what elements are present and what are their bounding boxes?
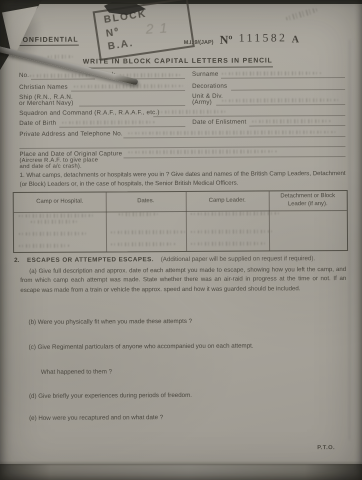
field-enlistment-label: Date of Enlistment bbox=[192, 120, 246, 127]
pencil-scrawl bbox=[118, 212, 158, 216]
question-2b: (b) Were you physically fit when you mad… bbox=[28, 318, 192, 326]
field-address-label: Private Address and Telephone No. bbox=[19, 131, 123, 138]
form-content: CONFIDENTIAL BLOCK Nº B.A. 21 M.I. 9/(JA… bbox=[0, 0, 362, 480]
field-line bbox=[19, 146, 345, 149]
section-2-number: 2. bbox=[14, 257, 19, 264]
field-line bbox=[79, 105, 185, 107]
field-decorations-label: Decorations bbox=[192, 84, 227, 90]
table-header-detachment: Detachment or Block Leader (if any). bbox=[269, 191, 347, 210]
question-2c: (c) Give Regimental particulars of anyon… bbox=[29, 343, 254, 351]
table-header-dates: Dates. bbox=[106, 192, 186, 211]
pencil-scrawl bbox=[73, 84, 183, 89]
question-2d: (d) Give briefly your experiences during… bbox=[29, 392, 192, 400]
field-line bbox=[59, 126, 185, 128]
pencil-scrawl bbox=[221, 71, 321, 76]
handwritten-block-number: 21 bbox=[145, 19, 173, 37]
field-line bbox=[216, 104, 345, 106]
photographed-document: CONFIDENTIAL BLOCK Nº B.A. 21 M.I. 9/(JA… bbox=[0, 0, 362, 480]
serial-number: 111582 bbox=[239, 32, 288, 44]
field-line bbox=[221, 77, 345, 79]
field-dob-label: Date of Birth bbox=[19, 121, 56, 127]
field-line bbox=[123, 136, 345, 138]
form-reference: M.I. 9/(JAP) bbox=[184, 40, 214, 46]
field-line bbox=[123, 156, 345, 158]
pencil-scrawl bbox=[221, 98, 339, 103]
serial-no-symbol: Nº bbox=[220, 33, 233, 48]
field-line bbox=[153, 115, 345, 117]
field-ship-label-line2: or Merchant Navy) bbox=[19, 101, 73, 108]
pencil-scrawl bbox=[29, 74, 91, 78]
question-1: 1. What camps, detachments or hospitals … bbox=[20, 169, 346, 189]
series-letter: A bbox=[292, 34, 299, 45]
question-2a: (a) Give full description and approx. da… bbox=[20, 265, 346, 295]
field-no-label: No. bbox=[19, 73, 29, 79]
table-header-camp: Camp or Hospital. bbox=[14, 192, 106, 212]
section-2-title: ESCAPES OR ATTEMPTED ESCAPES. bbox=[27, 256, 154, 264]
pencil-scrawl bbox=[18, 244, 70, 248]
pencil-scrawl bbox=[157, 110, 227, 114]
pencil-scrawl bbox=[30, 220, 78, 224]
field-line bbox=[231, 89, 345, 91]
confidential-marking: CONFIDENTIAL bbox=[17, 37, 79, 46]
field-christian-names-label: Christian Names bbox=[19, 85, 68, 92]
section-2-heading: 2. ESCAPES OR ATTEMPTED ESCAPES. (Additi… bbox=[14, 255, 315, 264]
pencil-scrawl bbox=[284, 7, 318, 22]
question-2e: (e) How were you recaptured and on what … bbox=[29, 414, 163, 422]
page-turn-over: P.T.O. bbox=[317, 445, 335, 451]
pencil-scrawl bbox=[251, 119, 331, 123]
field-unit-label-line2: (Army) bbox=[192, 100, 212, 106]
pencil-scrawl bbox=[127, 130, 337, 135]
field-line bbox=[71, 90, 185, 92]
section-2-note: (Additional paper will be supplied on re… bbox=[161, 255, 315, 263]
field-squadron-label: Squadron and Command (R.A.F., R.A.A.F., … bbox=[19, 110, 159, 117]
pencil-scrawl bbox=[61, 120, 156, 125]
question-2c-followup: What happened to them ? bbox=[41, 368, 112, 375]
field-line bbox=[249, 125, 345, 127]
field-line bbox=[31, 79, 95, 80]
pencil-scrawl bbox=[127, 149, 277, 154]
table-header-leader: Camp Leader. bbox=[186, 191, 269, 211]
field-surname-label: Surname bbox=[192, 72, 219, 78]
field-capture-label-line3: and date of a/c crash). bbox=[20, 164, 82, 170]
instruction-heading: WRITE IN BLOCK CAPITAL LETTERS IN PENCIL bbox=[83, 57, 273, 68]
